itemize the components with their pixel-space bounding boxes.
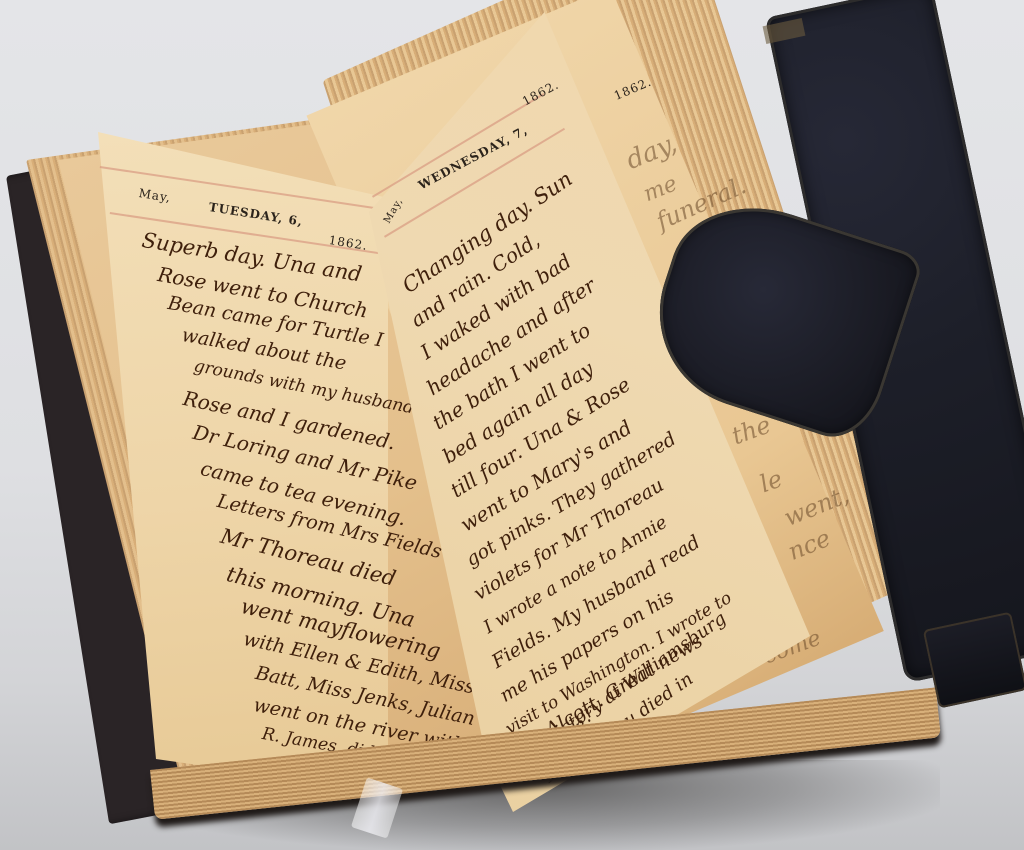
leather-flap-end [923, 612, 1024, 709]
